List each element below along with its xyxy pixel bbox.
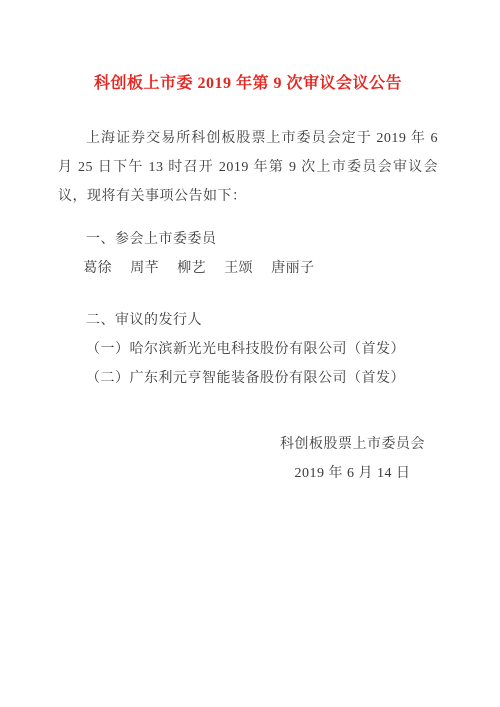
page-title: 科创板上市委 2019 年第 9 次审议会议公告 bbox=[58, 72, 438, 96]
announcement-page: 科创板上市委 2019 年第 9 次审议会议公告 上海证券交易所科创板股票上市委… bbox=[0, 0, 500, 707]
committee-members-line: 葛徐 周芊 柳艺 王颂 唐丽子 bbox=[58, 254, 438, 283]
signature-date: 2019 年 6 月 14 日 bbox=[280, 459, 425, 488]
signature-org: 科创板股票上市委员会 bbox=[280, 430, 425, 459]
member-name: 王颂 bbox=[224, 261, 253, 276]
member-name: 葛徐 bbox=[83, 261, 112, 276]
member-name: 柳艺 bbox=[177, 261, 206, 276]
member-name: 周芊 bbox=[130, 261, 159, 276]
section-participants-heading: 一、参会上市委委员 bbox=[58, 225, 438, 254]
signature-area: 科创板股票上市委员会 2019 年 6 月 14 日 bbox=[58, 430, 438, 488]
section-issuers: 二、审议的发行人 （一）哈尔滨新光光电科技股份有限公司（首发） （二）广东利元亨… bbox=[58, 306, 438, 393]
intro-paragraph: 上海证券交易所科创板股票上市委员会定于 2019 年 6 月 25 日下午 13… bbox=[58, 124, 438, 211]
issuer-item: （一）哈尔滨新光光电科技股份有限公司（首发） bbox=[58, 335, 438, 364]
section-issuers-heading: 二、审议的发行人 bbox=[58, 306, 438, 335]
section-participants: 一、参会上市委委员 葛徐 周芊 柳艺 王颂 唐丽子 bbox=[58, 225, 438, 283]
signature-block: 科创板股票上市委员会 2019 年 6 月 14 日 bbox=[280, 430, 425, 488]
issuer-item: （二）广东利元亨智能装备股份有限公司（首发） bbox=[58, 364, 438, 393]
member-name: 唐丽子 bbox=[271, 261, 315, 276]
